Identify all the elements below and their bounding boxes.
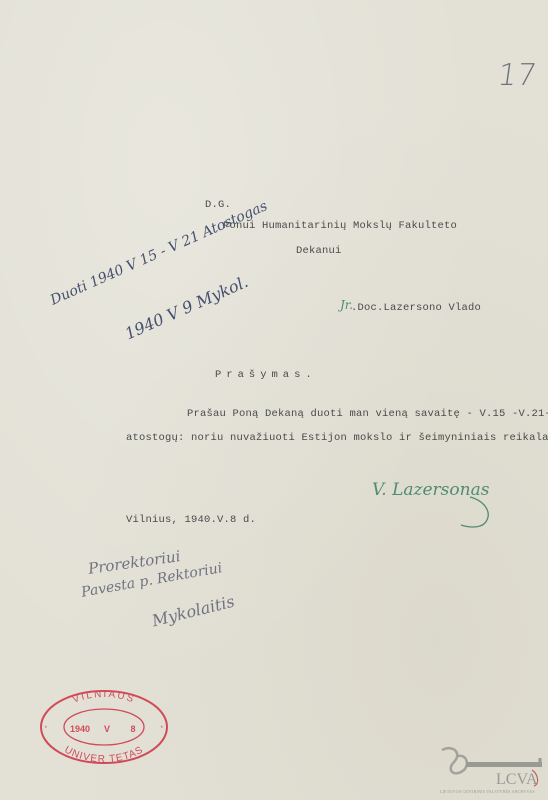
document-title: Prašymas. [215,369,317,381]
document-page: 17 D.G. Ponui Humanitarinių Mokslų Fakul… [0,0,548,800]
header-abbreviation: D.G. [205,199,231,211]
svg-text:*: * [160,725,164,732]
svg-text:1940: 1940 [70,724,90,734]
page-number: 17 [496,58,539,93]
svg-text:VILNIAUS: VILNIAUS [71,689,137,706]
forward-signature: Mykolaitis [150,592,236,631]
recipient-line: Ponui Humanitarinių Mokslų Fakulteto [223,220,457,232]
place-and-date: Vilnius, 1940.V.8 d. [126,514,256,526]
svg-text:V: V [104,724,110,734]
svg-text:8: 8 [130,724,135,734]
sender-line: .Doc.Lazersono Vlado [351,302,481,314]
svg-text:UNIVER TETAS: UNIVER TETAS [62,744,145,765]
archive-caption: LIETUVOS CENTRINIS VALSTYBĖS ARCHYVAS [440,789,548,794]
resolution-note-line-2: 1940 V 9 Mykol. [122,272,251,343]
university-stamp: VILNIAUS UNIVER TETAS 1940 V 8 * * [38,688,170,766]
signature-flourish-icon [455,495,500,535]
svg-text:*: * [44,725,48,732]
body-line-2: atostogų: noriu nuvažiuoti Estijon moksl… [126,432,548,444]
body-line-1: Prašau Poną Dekaną duoti man vieną savai… [187,408,548,420]
svg-text:LCVA: LCVA [496,771,538,788]
recipient-title: Dekanui [296,245,342,257]
